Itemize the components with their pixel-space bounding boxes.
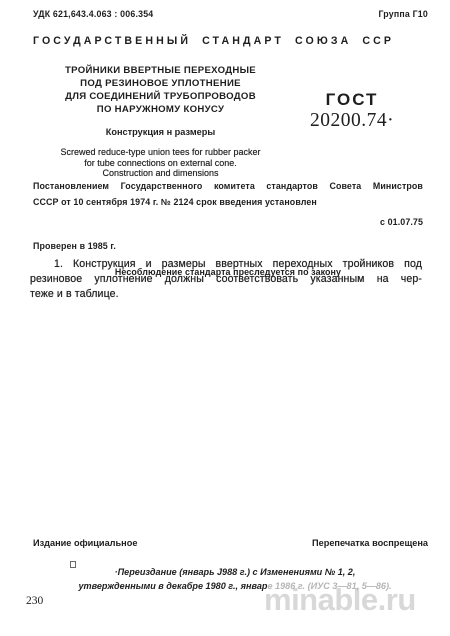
clause-1-line-1: 1. Конструкция и размеры ввертных перехо… [30, 257, 422, 272]
english-title-line-2: for tube connections on external cone. [33, 158, 288, 169]
title-line-3: ДЛЯ СОЕДИНЕНИЙ ТРУБОПРОВОДОВ [33, 90, 288, 103]
reissue-line-2: утвержденными в декабре 1980 г., январе … [55, 580, 415, 594]
udc-number: УДК 621,643.4.063 : 006.354 [33, 9, 153, 19]
gost-label: ГОСТ [294, 90, 410, 109]
english-title-block: Screwed reduce-type union tees for rubbe… [33, 147, 288, 179]
page-number: 230 [26, 595, 43, 607]
english-title-line-1: Screwed reduce-type union tees for rubbe… [33, 147, 288, 158]
title-line-4: ПО НАРУЖНОМУ КОНУСУ [33, 103, 288, 116]
preamble-line-1: Постановлением Государственного комитета… [33, 178, 423, 194]
reissue-note: ·Переиздание (январь J988 г.) с Изменени… [55, 566, 415, 593]
effective-date: с 01.07.75 [33, 214, 423, 230]
footer-row: Издание официальное Перепечатка воспреще… [33, 538, 428, 548]
document-page: УДК 621,643.4.063 : 006.354 Группа Г10 Г… [0, 0, 450, 636]
title-subtitle: Конструкция н размеры [33, 127, 288, 137]
preamble-line-2: СССР от 10 сентября 1974 г. № 2124 срок … [33, 194, 423, 210]
gost-number: 20200.74· [294, 109, 410, 132]
english-title-line-3: Construction and dimensions [33, 168, 288, 179]
checked-note: Проверен в 1985 г. [33, 238, 423, 254]
title-block: ТРОЙНИКИ ВВЕРТНЫЕ ПЕРЕХОДНЫЕ ПОД РЕЗИНОВ… [33, 64, 288, 179]
standard-header: ГОСУДАРСТВЕННЫЙ СТАНДАРТ СОЮЗА ССР [33, 35, 420, 47]
document-meta-row: УДК 621,643.4.063 : 006.354 Группа Г10 [33, 9, 428, 19]
title-line-2: ПОД РЕЗИНОВОЕ УПЛОТНЕНИЕ [33, 77, 288, 90]
gost-designation-box: ГОСТ 20200.74· [294, 90, 410, 132]
clause-1-line-2: резиновое уплотнение должны соответствов… [30, 272, 422, 287]
clause-1-line-3: теже и в таблице. [30, 287, 422, 302]
official-edition-label: Издание официальное [33, 538, 137, 548]
reprint-forbidden-label: Перепечатка воспрещена [312, 538, 428, 548]
group-label: Группа Г10 [378, 9, 428, 19]
reissue-line-1: ·Переиздание (январь J988 г.) с Изменени… [55, 566, 415, 580]
reissue-line-2-dark: утвержденными в декабре 1980 г., январ [78, 581, 267, 591]
clause-1-paragraph: 1. Конструкция и размеры ввертных перехо… [30, 257, 422, 303]
title-line-1: ТРОЙНИКИ ВВЕРТНЫЕ ПЕРЕХОДНЫЕ [33, 64, 288, 77]
reissue-line-2-faded: е 1986 г. (ИУС 3—81, 5—86). [267, 581, 391, 591]
